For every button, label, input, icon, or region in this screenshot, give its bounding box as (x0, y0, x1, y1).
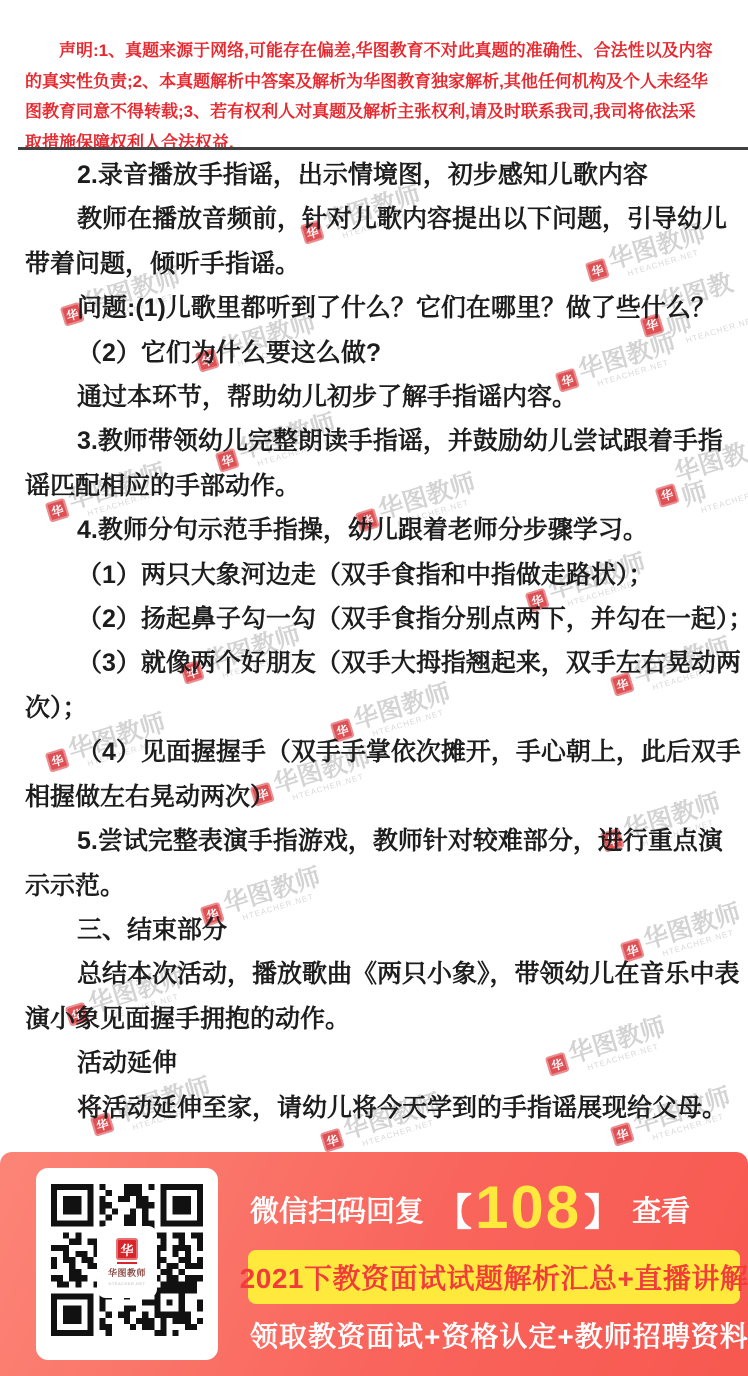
banner-scan-line: 微信扫码回复 【 108 】 查看 (250, 1170, 690, 1248)
doc-line: （4）见面握握手（双手手掌依次摊开，手心朝上，此后双手 (25, 730, 728, 774)
logo-divider (117, 1262, 137, 1264)
doc-line: （2）它们为什么要这么做? (25, 331, 728, 375)
doc-line: （3）就像两个好朋友（双手大拇指翘起来，双手左右晃动两 (25, 641, 728, 685)
doc-line: 3.教师带领幼儿完整朗读手指谣，并鼓励幼儿尝试跟着手指 (25, 419, 728, 463)
doc-line: （2）扬起鼻子勾一勾（双手食指分别点两下，并勾在一起）； (25, 597, 728, 641)
banner-view-text: 查看 (632, 1189, 690, 1230)
doc-line: 谣匹配相应的手部动作。 (25, 464, 728, 508)
qr-center-logo: 华 华图教师 HTEACHER.NET (99, 1228, 155, 1296)
doc-line: 通过本环节，帮助幼儿初步了解手指谣内容。 (25, 375, 728, 419)
banner-scan-text: 微信扫码回复 (250, 1189, 424, 1230)
document-body: 2.录音播放手指谣，出示情境图，初步感知儿歌内容教师在播放音频前，针对儿歌内容提… (25, 153, 728, 1130)
huatu-logo-icon: 华 (320, 1128, 345, 1153)
doc-line: （1）两只大象河边走（双手食指和中指做走路状）； (25, 553, 728, 597)
promo-banner: 华 华图教师 HTEACHER.NET 微信扫码回复 【 108 】 查看 20… (0, 1152, 748, 1376)
doc-line: 次）； (25, 686, 728, 730)
doc-line: 4.教师分句示范手指操，幼儿跟着老师分步骤学习。 (25, 508, 728, 552)
doc-line: 三、结束部分 (25, 908, 728, 952)
doc-line: 教师在播放音频前，针对儿歌内容提出以下问题，引导幼儿 (25, 197, 728, 241)
doc-line: 带着问题，倾听手指谣。 (25, 242, 728, 286)
bracket-open: 【 (435, 1182, 472, 1236)
banner-bottom-line: 领取教资面试+资格认定+教师招聘资料 (250, 1315, 748, 1355)
bracket-close: 】 (584, 1182, 621, 1236)
doc-line: 示示范。 (25, 864, 728, 908)
disclaimer: 声明:1、真题来源于网络,可能存在偏差,华图教育不对此真题的准确性、合法性以及内… (25, 36, 728, 158)
doc-line: 总结本次活动，播放歌曲《两只小象》，带领幼儿在音乐中表 (25, 952, 728, 996)
disclaimer-text: 1、真题来源于网络,可能存在偏差,华图教育不对此真题的准确性、合法性以及内容 (99, 41, 713, 60)
disclaimer-line: 声明:1、真题来源于网络,可能存在偏差,华图教育不对此真题的准确性、合法性以及内… (25, 36, 728, 67)
disclaimer-prefix: 声明: (59, 41, 99, 60)
qr-center-label: 华图教师 (108, 1266, 146, 1279)
doc-line: 5.尝试完整表演手指游戏，教师针对较难部分，进行重点演 (25, 819, 728, 863)
doc-line: 演小象见面握手拥抱的动作。 (25, 997, 728, 1041)
doc-line: 问题:(1)儿歌里都听到了什么？它们在哪里？做了些什么？ (25, 286, 728, 330)
qr-center-sub: HTEACHER.NET (108, 1281, 145, 1286)
doc-line: 2.录音播放手指谣，出示情境图，初步感知儿歌内容 (25, 153, 728, 197)
doc-line: 活动延伸 (25, 1041, 728, 1085)
qr-card: 华 华图教师 HTEACHER.NET (36, 1168, 218, 1360)
disclaimer-line: 的真实性负责;2、本真题解析中答案及解析为华图教育独家解析,其他任何机构及个人未… (25, 67, 728, 98)
disclaimer-line: 图教育同意不得转载;3、若有权利人对真题及解析主张权利,请及时联系我司,我司将依… (25, 97, 728, 128)
highlight-box: 2021下教资面试试题解析汇总+直播讲解 (248, 1250, 740, 1304)
section-divider (18, 147, 748, 150)
doc-line: 将活动延伸至家，请幼儿将今天学到的手指谣展现给父母。 (25, 1086, 728, 1130)
page-root: 华华图教师HTEACHER.NET华华图教师HTEACHER.NET华华图教师H… (0, 0, 748, 1376)
huatu-logo-icon: 华 (116, 1238, 138, 1260)
doc-line: 相握做左右晃动两次） (25, 775, 728, 819)
reply-code-badge: 108 (475, 1173, 581, 1242)
